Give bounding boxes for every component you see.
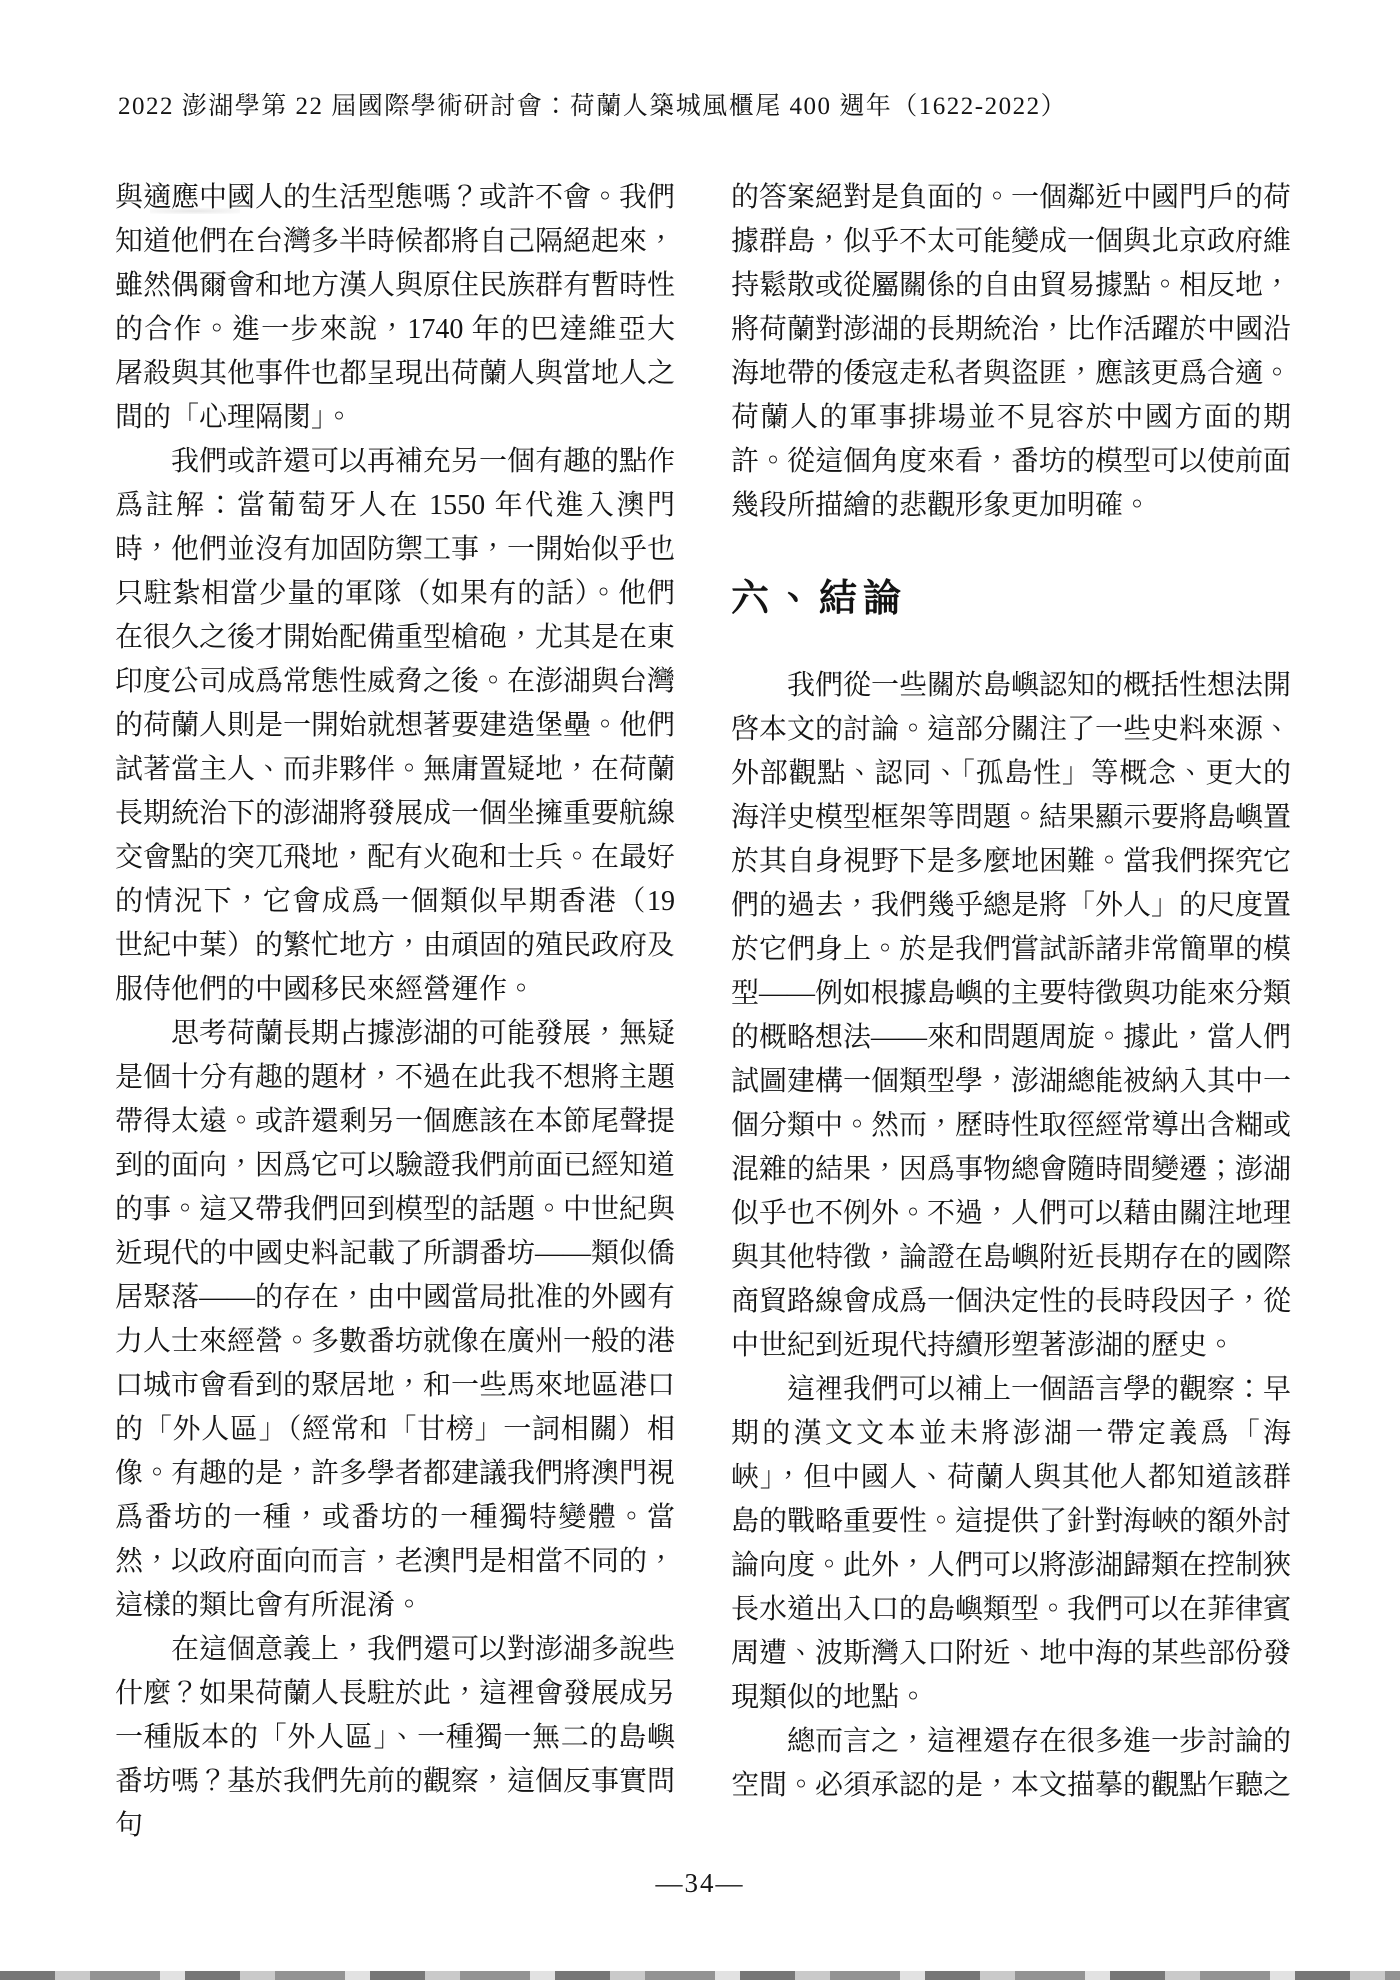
paragraph: 我們或許還可以再補充另一個有趣的點作爲註解：當葡萄牙人在 1550 年代進入澳門…	[115, 440, 675, 1012]
right-column: 的答案絕對是負面的。一個鄰近中國門戶的荷據群島，似乎不太可能變成一個與北京政府維…	[731, 176, 1291, 1848]
paragraph: 我們從一些關於島嶼認知的概括性想法開啓本文的討論。這部分關注了一些史料來源、外部…	[731, 664, 1291, 1368]
paragraph: 這裡我們可以補上一個語言學的觀察：早期的漢文文本並未將澎湖一帶定義爲「海峽」，但…	[731, 1368, 1291, 1720]
scan-artifact	[0, 1971, 1400, 1980]
left-column: 與適應中國人的生活型態嗎？或許不會。我們知道他們在台灣多半時候都將自己隔絕起來，…	[115, 176, 675, 1848]
section-heading-conclusion: 六、結論	[731, 574, 1291, 624]
paragraph: 與適應中國人的生活型態嗎？或許不會。我們知道他們在台灣多半時候都將自己隔絕起來，…	[115, 176, 675, 440]
paragraph: 的答案絕對是負面的。一個鄰近中國門戶的荷據群島，似乎不太可能變成一個與北京政府維…	[731, 176, 1291, 528]
paragraph: 在這個意義上，我們還可以對澎湖多說些什麼？如果荷蘭人長駐於此，這裡會發展成另一種…	[115, 1628, 675, 1848]
paragraph: 總而言之，這裡還存在很多進一步討論的空間。必須承認的是，本文描摹的觀點乍聽之	[731, 1720, 1291, 1808]
conference-header: 2022 澎湖學第 22 屆國際學術研討會：荷蘭人築城風櫃尾 400 週年（16…	[118, 86, 1067, 122]
page-number: —34—	[0, 1868, 1400, 1899]
paragraph: 思考荷蘭長期占據澎湖的可能發展，無疑是個十分有趣的題材，不過在此我不想將主題帶得…	[115, 1012, 675, 1628]
two-column-text-area: 與適應中國人的生活型態嗎？或許不會。我們知道他們在台灣多半時候都將自己隔絕起來，…	[115, 176, 1291, 1848]
